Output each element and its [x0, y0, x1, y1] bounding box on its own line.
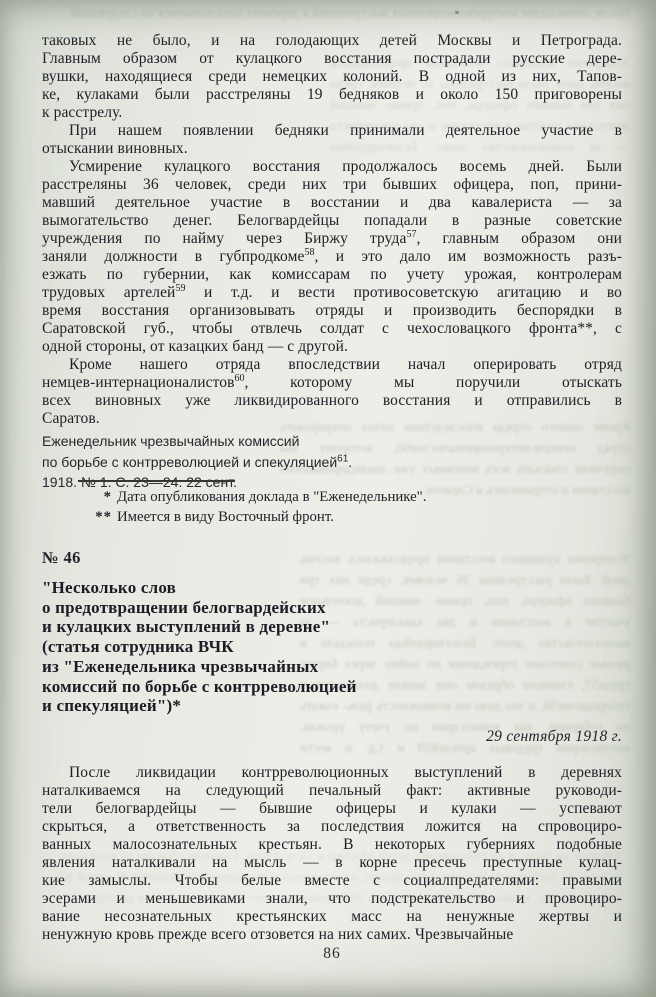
text-line: наталкиваемся на следующий печальный фак… — [42, 782, 622, 800]
scanned-document-page: После ликвидации контрреволюционных выст… — [0, 0, 656, 997]
text-line: вание несознательных крестьянских масс н… — [42, 908, 622, 926]
text-line: к расстрелу. — [42, 104, 622, 122]
text-line: учреждения по найму через Биржу труда57,… — [42, 230, 622, 248]
footnote-text: Дата опубликования доклада в "Еженедельн… — [117, 489, 426, 505]
text-line: скрыться, а ответственность за последств… — [42, 818, 622, 836]
footnote-marker: * — [42, 487, 112, 507]
footnote-marker: ** — [42, 507, 112, 527]
paragraph: После ликвидации контрреволюционных выст… — [42, 764, 622, 944]
paragraph: таковых не было, и на голодающих детей М… — [42, 32, 622, 122]
entry-number: № 46 — [42, 548, 622, 568]
text-line: При нашем появлении бедняки принимали де… — [42, 122, 622, 140]
text-line: тели белогвардейцы — бывшие офицеры и ку… — [42, 800, 622, 818]
text-line: из "Еженедельника чрезвычайных — [42, 657, 622, 677]
text-line: немцев-интернационалистов60, которому мы… — [42, 374, 622, 392]
text-line: расстреляны 36 человек, среди них три бы… — [42, 176, 622, 194]
dateline: 29 сентября 1918 г. — [42, 728, 638, 746]
text-line: Еженедельник чрезвычайных комиссий — [42, 431, 622, 452]
text-line: о предотвращении белогвардейских — [42, 598, 622, 618]
text-line: Главным образом от кулацкого восстания п… — [42, 50, 622, 68]
text-line: "Несколько слов — [42, 578, 622, 598]
text-line: одной стороны, от казацких банд — с друг… — [42, 338, 622, 356]
document-title: "Несколько слово предотвращении белогвар… — [42, 578, 622, 716]
paragraph: Усмирение кулацкого восстания продолжало… — [42, 158, 622, 356]
text-line: ванных малосознательных крестьян. В неко… — [42, 836, 622, 854]
text-line: кие замыслы. Чтобы белые вместе с социал… — [42, 872, 622, 890]
footnotes: *Дата опубликования доклада в "Еженедель… — [42, 487, 622, 527]
text-line: отыскании виновных. — [42, 140, 622, 158]
footnote-text: Имеется в виду Восточный фронт. — [117, 509, 334, 525]
text-line: (статья сотрудника ВЧК — [42, 637, 622, 657]
text-line: по борьбе с контрреволюцией и спекуляцие… — [42, 452, 622, 473]
text-line: и спекуляцией")* — [42, 696, 622, 716]
text-line: ненужную кровь прежде всего отзовется на… — [42, 926, 622, 944]
text-line: комиссий по борьбе с контрреволюцией — [42, 677, 622, 697]
text-line: Саратовской губ., чтобы отвлечь солдат с… — [42, 320, 622, 338]
text-line: ке, кулаками были расстреляны 19 бедняко… — [42, 86, 622, 104]
footnote: *Дата опубликования доклада в "Еженедель… — [42, 487, 622, 507]
text-line: время восстания организовывать отряды и … — [42, 302, 622, 320]
document-body: После ликвидации контрреволюционных выст… — [42, 764, 622, 944]
text-line: Саратов. — [42, 410, 622, 428]
text-line: езжать по губернии, как комиссарам по уч… — [42, 266, 622, 284]
source-citation: Еженедельник чрезвычайных комиссийпо бор… — [42, 431, 622, 493]
footnote-separator-rule — [78, 480, 235, 482]
bleedthrough-text: После ликвидации контрреволюционных выст… — [70, 2, 630, 28]
text-line: и кулацких выступлений в деревне" — [42, 617, 622, 637]
text-line: вымогательство денег. Белогвардейцы попа… — [42, 212, 622, 230]
text-line: Кроме нашего отряда впоследствии начал о… — [42, 356, 622, 374]
text-line: трудовых артелей59 и т.д. и вести против… — [42, 284, 622, 302]
footnote: **Имеется в виду Восточный фронт. — [42, 507, 622, 527]
text-line: эсерами и меньшевиками знали, что подстр… — [42, 890, 622, 908]
text-line: таковых не было, и на голодающих детей М… — [42, 32, 622, 50]
page-number: 86 — [42, 945, 622, 963]
text-line: явления наталкивали на мысль — в корне п… — [42, 854, 622, 872]
text-line: Усмирение кулацкого восстания продолжало… — [42, 158, 622, 176]
paragraph: При нашем появлении бедняки принимали де… — [42, 122, 622, 158]
continued-text-from-previous-page: таковых не было, и на голодающих детей М… — [42, 32, 622, 428]
paragraph: Кроме нашего отряда впоследствии начал о… — [42, 356, 622, 428]
text-line: заняли должности в губпродкоме58, и это … — [42, 248, 622, 266]
text-line: всех виновных уже ликвидированного восст… — [42, 392, 622, 410]
text-line: После ликвидации контрреволюционных выст… — [42, 764, 622, 782]
scan-speck — [455, 11, 459, 14]
text-line: мавший деятельное участие в восстании и … — [42, 194, 622, 212]
text-line: вушки, находящиеся среди немецких колони… — [42, 68, 622, 86]
